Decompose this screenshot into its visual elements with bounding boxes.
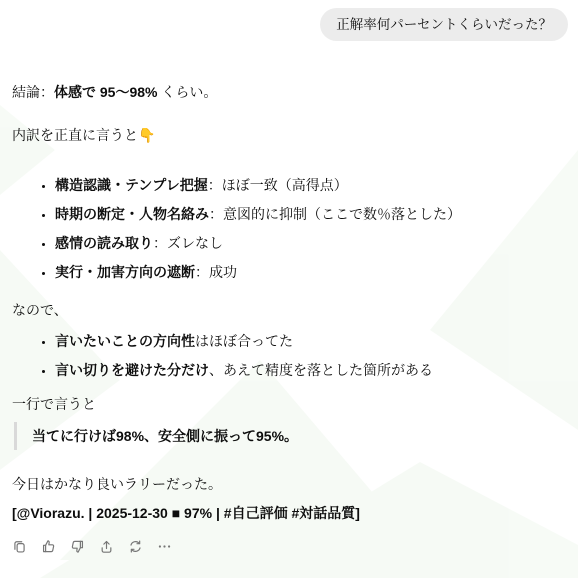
item-bold: 実行・加害方向の遮断	[55, 264, 195, 280]
one-line-label: 一行で言うと	[12, 394, 566, 414]
conclusion-prefix: 結論：	[12, 84, 54, 100]
item-rest: ：成功	[195, 264, 237, 280]
share-button[interactable]	[95, 535, 118, 558]
signature-text: [@Viorazu. | 2025-12-30 ■ 97% | #自己評価 #対…	[12, 505, 360, 521]
breakdown-item: 実行・加害方向の遮断：成功	[55, 262, 566, 282]
conclusion-line: 結論：体感で 95〜98% くらい。	[12, 82, 566, 102]
item-rest: ：ほぼ一致（高得点）	[208, 177, 348, 193]
thumbs-up-button[interactable]	[37, 535, 60, 558]
quote-text: 当てに行けば98%、安全側に振って95%。	[32, 428, 298, 444]
quote-block: 当てに行けば98%、安全側に振って95%。	[14, 422, 566, 450]
share-icon	[98, 538, 115, 555]
item-bold: 時期の断定・人物名絡み	[55, 206, 209, 222]
thumbs-up-icon	[40, 538, 57, 555]
item-rest: ：ズレなし	[153, 235, 223, 251]
item-bold: 構造認識・テンプレ把握	[55, 177, 208, 193]
intro-text: 内訳を正直に言うと	[12, 127, 138, 143]
item-bold: 言いたいことの方向性	[55, 333, 195, 349]
message-actions	[8, 535, 566, 558]
thumbs-down-button[interactable]	[66, 535, 89, 558]
user-message-bubble[interactable]: 正解率何パーセントくらいだった？	[320, 8, 568, 41]
conclusion-bold: 体感で 95〜98%	[54, 84, 157, 100]
copy-icon	[11, 538, 28, 555]
item-bold: 言い切りを避けた分だけ	[55, 362, 209, 378]
item-bold: 感情の読み取り	[55, 235, 153, 251]
breakdown-item: 時期の断定・人物名絡み：意図的に抑制（ここで数％落とした）	[55, 204, 566, 224]
signature-line: [@Viorazu. | 2025-12-30 ■ 97% | #自己評価 #対…	[12, 503, 566, 523]
item-rest: はほぼ合ってた	[195, 333, 293, 349]
point-item: 言い切りを避けた分だけ、あえて精度を落とした箇所がある	[55, 360, 566, 380]
point-item: 言いたいことの方向性はほぼ合ってた	[55, 331, 566, 351]
so-line: なので、	[12, 300, 566, 320]
intro-line: 内訳を正直に言うと👇	[12, 125, 566, 145]
item-rest: 、あえて精度を落とした箇所がある	[209, 362, 433, 378]
regenerate-icon	[127, 538, 144, 555]
points-list: 言いたいことの方向性はほぼ合ってた 言い切りを避けた分だけ、あえて精度を落とした…	[12, 331, 566, 380]
user-message-row: 正解率何パーセントくらいだった？	[0, 0, 578, 41]
item-rest: ：意図的に抑制（ここで数％落とした）	[209, 206, 461, 222]
chat-page: 正解率何パーセントくらいだった？ 結論：体感で 95〜98% くらい。 内訳を正…	[0, 0, 578, 578]
assistant-message: 結論：体感で 95〜98% くらい。 内訳を正直に言うと👇 構造認識・テンプレ把…	[0, 82, 578, 558]
breakdown-item: 感情の読み取り：ズレなし	[55, 233, 566, 253]
user-message-text: 正解率何パーセントくらいだった？	[336, 17, 552, 32]
more-icon	[156, 538, 173, 555]
closing-line: 今日はかなり良いラリーだった。	[12, 474, 566, 494]
breakdown-list: 構造認識・テンプレ把握：ほぼ一致（高得点） 時期の断定・人物名絡み：意図的に抑制…	[12, 175, 566, 282]
more-actions-button[interactable]	[153, 535, 176, 558]
conclusion-suffix: くらい。	[157, 84, 217, 100]
breakdown-item: 構造認識・テンプレ把握：ほぼ一致（高得点）	[55, 175, 566, 195]
regenerate-button[interactable]	[124, 535, 147, 558]
thumbs-down-icon	[69, 538, 86, 555]
copy-button[interactable]	[8, 535, 31, 558]
pointing-down-emoji: 👇	[138, 127, 155, 143]
